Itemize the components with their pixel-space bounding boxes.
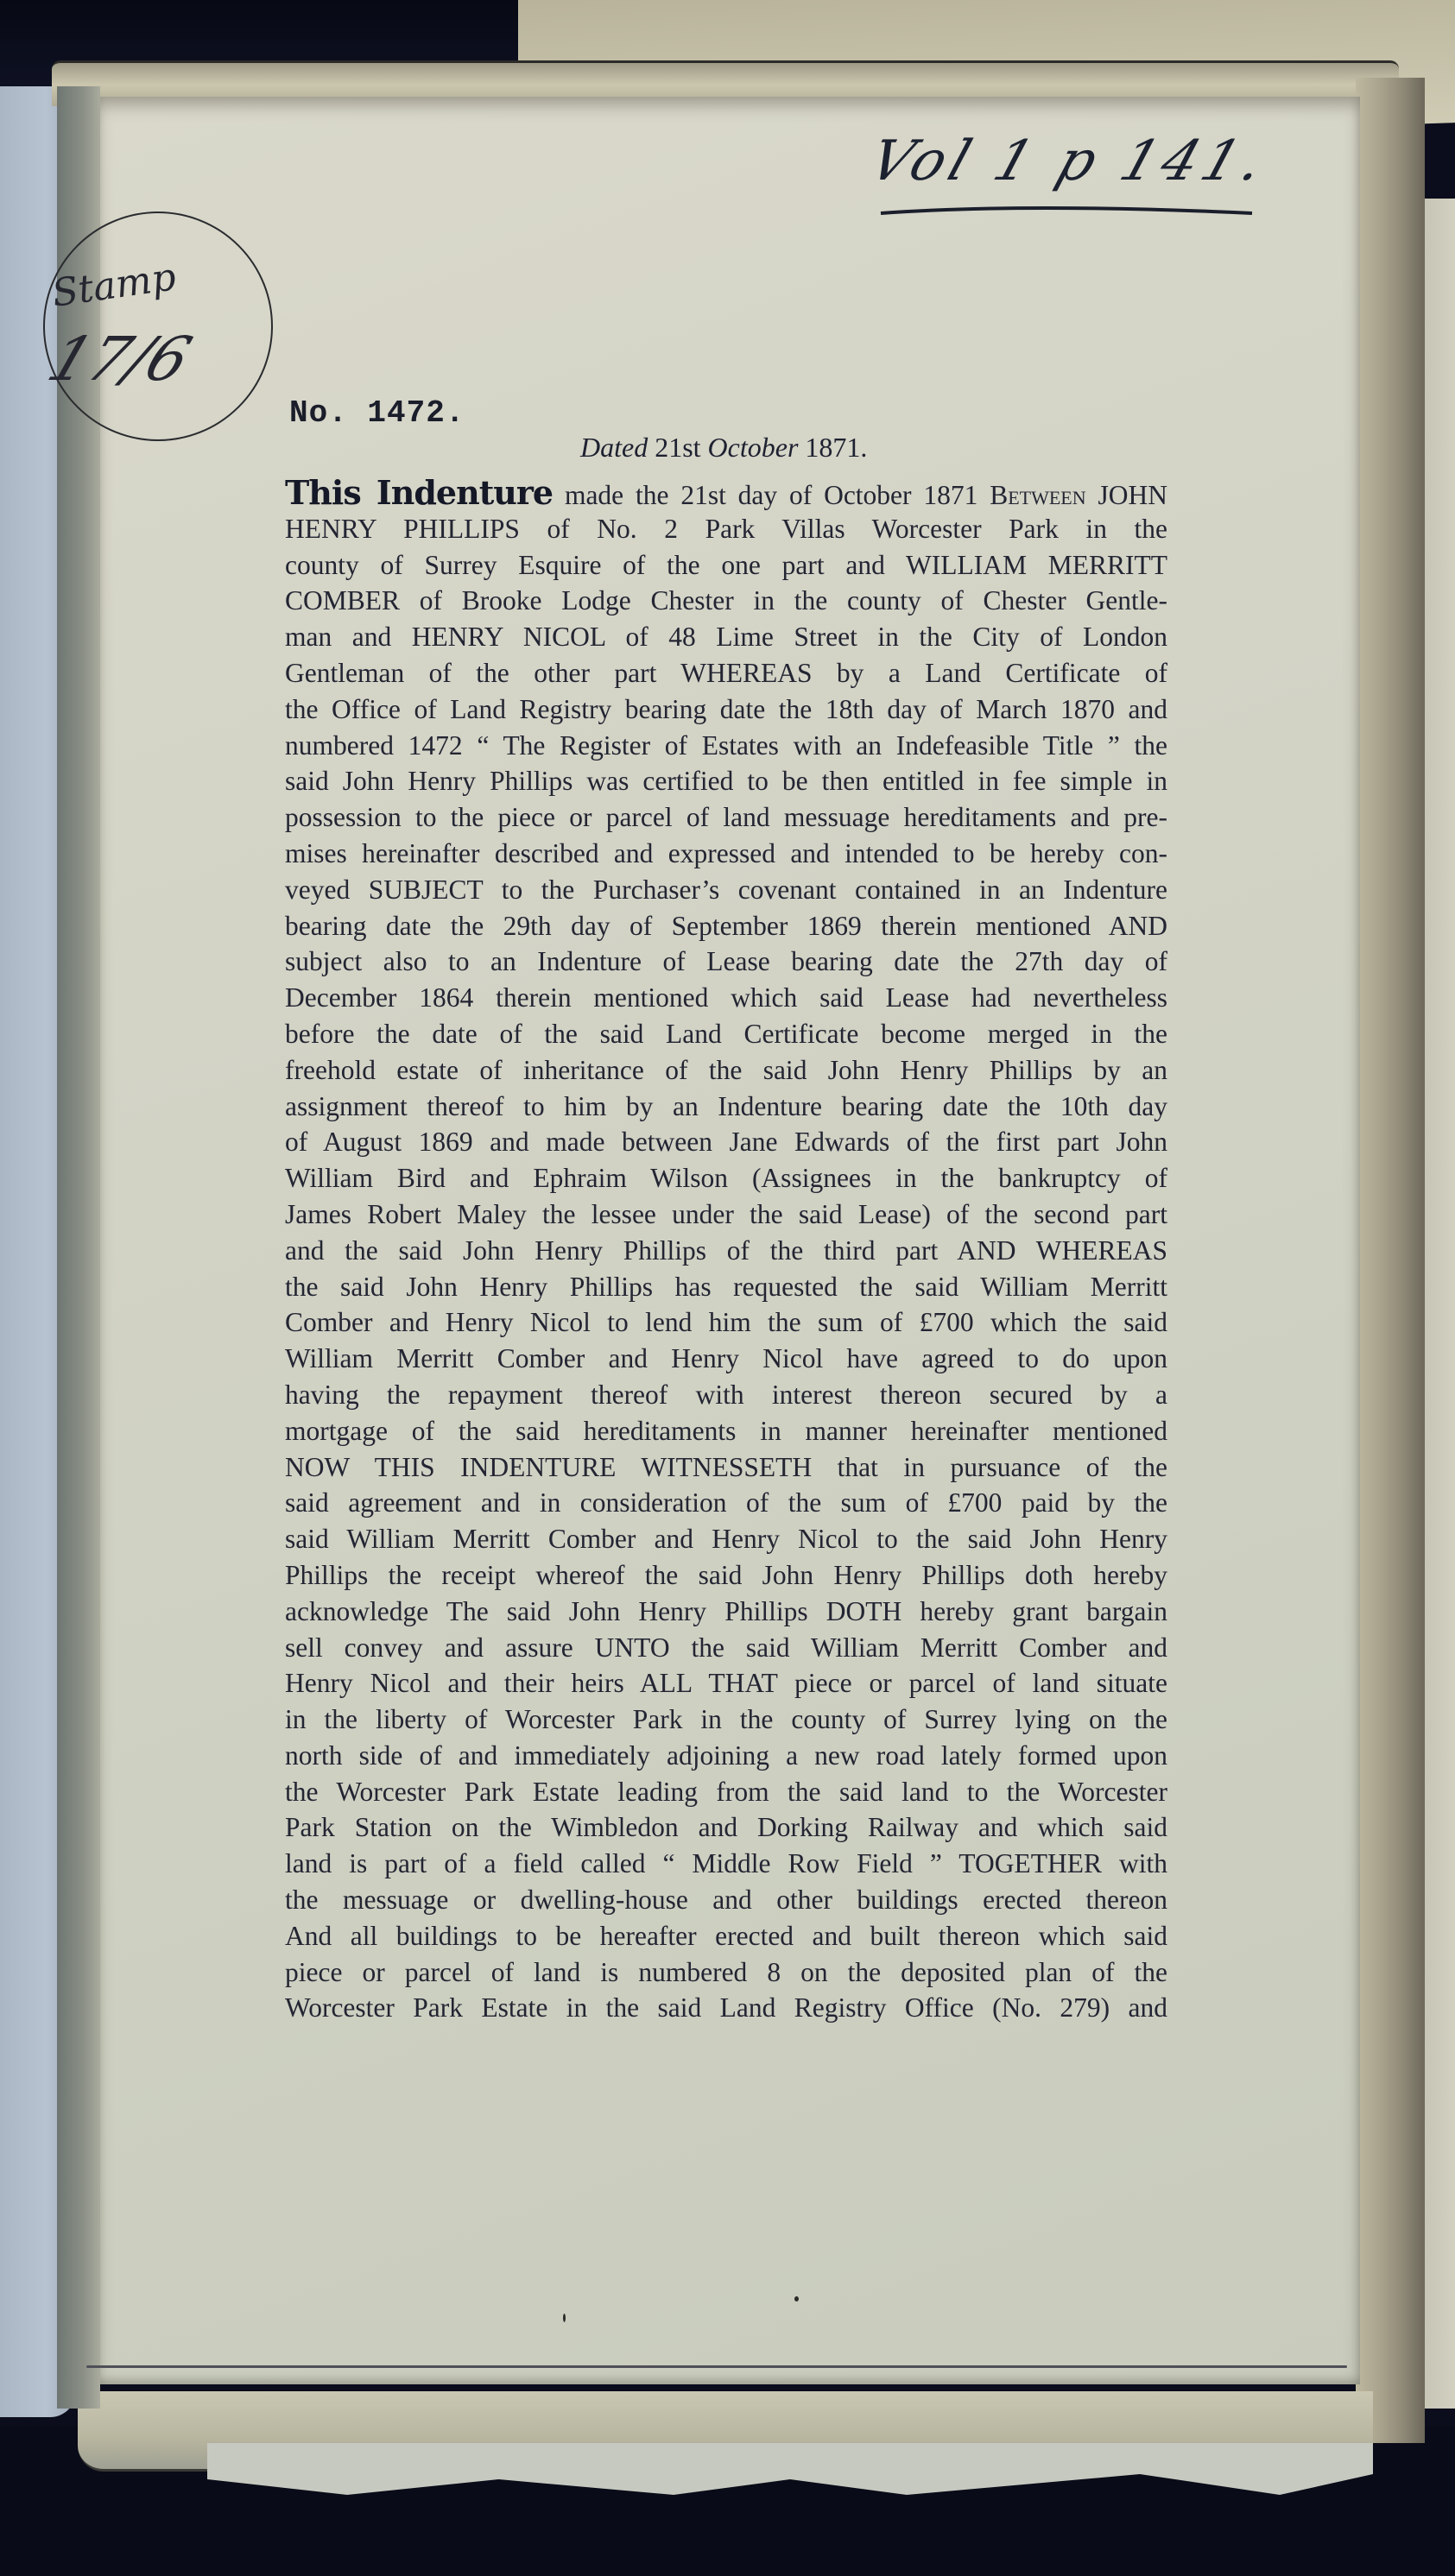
page-stack-right-edge (1356, 78, 1425, 2443)
body-line: the Worcester Park Estate leading from t… (285, 1774, 1167, 1810)
body-line: NOW THIS INDENTURE WITNESSETH that in pu… (285, 1449, 1167, 1486)
document-number: No. 1472. (289, 395, 465, 431)
body-line: subject also to an Indenture of Lease be… (285, 944, 1167, 980)
dated-prefix: Dated (580, 432, 648, 463)
paper-speck (563, 2314, 566, 2322)
body-line: December 1864 therein mentioned which sa… (285, 980, 1167, 1016)
handwritten-volume-page-reference: Vol 1 p 141. (862, 129, 1277, 193)
body-line: bearing date the 29th day of September 1… (285, 908, 1167, 944)
page-bottom-rule (86, 2365, 1347, 2368)
body-line: the messuage or dwelling-house and other… (285, 1882, 1167, 1918)
body-line: veyed SUBJECT to the Purchaser’s covenan… (285, 872, 1167, 908)
body-line: acknowledge The said John Henry Phillips… (285, 1594, 1167, 1630)
body-line: north side of and immediately adjoining … (285, 1738, 1167, 1774)
body-line: Phillips the receipt whereof the said Jo… (285, 1557, 1167, 1594)
dated-line: Dated 21st October 1871. (580, 432, 867, 464)
body-line: possession to the piece or parcel of lan… (285, 799, 1167, 836)
body-line: the said John Henry Phillips has request… (285, 1269, 1167, 1305)
body-line: said agreement and in consideration of t… (285, 1485, 1167, 1521)
body-line: said John Henry Phillips was certified t… (285, 763, 1167, 799)
stamp-handwriting-line2: 17/6 (39, 324, 200, 395)
dated-day: 21st (655, 432, 700, 463)
body-line: Comber and Henry Nicol to lend him the s… (285, 1304, 1167, 1341)
body-line: numbered 1472 “ The Register of Estates … (285, 728, 1167, 764)
body-line: William Merritt Comber and Henry Nicol h… (285, 1341, 1167, 1377)
body-line-1: This Indenture made the 21st day of Octo… (285, 475, 1167, 511)
body-line: having the repayment thereof with intere… (285, 1377, 1167, 1413)
body-line: sell convey and assure UNTO the said Wil… (285, 1630, 1167, 1666)
between-label: Between (990, 480, 1085, 510)
body-line: piece or parcel of land is numbered 8 on… (285, 1954, 1167, 1991)
body-line: said William Merritt Comber and Henry Ni… (285, 1521, 1167, 1557)
dated-month: October (708, 432, 799, 463)
body-line: freehold estate of inheritance of the sa… (285, 1052, 1167, 1089)
body-line: the Office of Land Registry bearing date… (285, 691, 1167, 728)
dated-year: 1871. (805, 432, 867, 463)
body-line: Park Station on the Wimbledon and Dorkin… (285, 1809, 1167, 1846)
body-line: mortgage of the said hereditaments in ma… (285, 1413, 1167, 1449)
blackletter-heading: This Indenture (285, 473, 553, 512)
body-line: Henry Nicol and their heirs ALL THAT pie… (285, 1665, 1167, 1702)
body-line: assignment thereof to him by an Indentur… (285, 1089, 1167, 1125)
body-line: land is part of a field called “ Middle … (285, 1846, 1167, 1882)
body-line: county of Surrey Esquire of the one part… (285, 547, 1167, 584)
body-line: Gentleman of the other part WHEREAS by a… (285, 655, 1167, 691)
paper-speck (794, 2296, 799, 2301)
body-line: William Bird and Ephraim Wilson (Assigne… (285, 1160, 1167, 1196)
body-line: man and HENRY NICOL of 48 Lime Street in… (285, 619, 1167, 655)
body-line: COMBER of Brooke Lodge Chester in the co… (285, 583, 1167, 619)
indenture-body: This Indenture made the 21st day of Octo… (285, 475, 1167, 2026)
body-line: HENRY PHILLIPS of No. 2 Park Villas Worc… (285, 511, 1167, 547)
body-line: And all buildings to be hereafter erecte… (285, 1918, 1167, 1954)
body-line: mises hereinafter described and expresse… (285, 836, 1167, 872)
body-line: before the date of the said Land Certifi… (285, 1016, 1167, 1052)
book-gutter (57, 86, 100, 2409)
body-line: James Robert Maley the lessee under the … (285, 1196, 1167, 1233)
body-line: and the said John Henry Phillips of the … (285, 1233, 1167, 1269)
body-line: in the liberty of Worcester Park in the … (285, 1702, 1167, 1738)
body-line: of August 1869 and made between Jane Edw… (285, 1124, 1167, 1160)
body-line-last: Worcester Park Estate in the said Land R… (285, 1990, 1167, 2026)
